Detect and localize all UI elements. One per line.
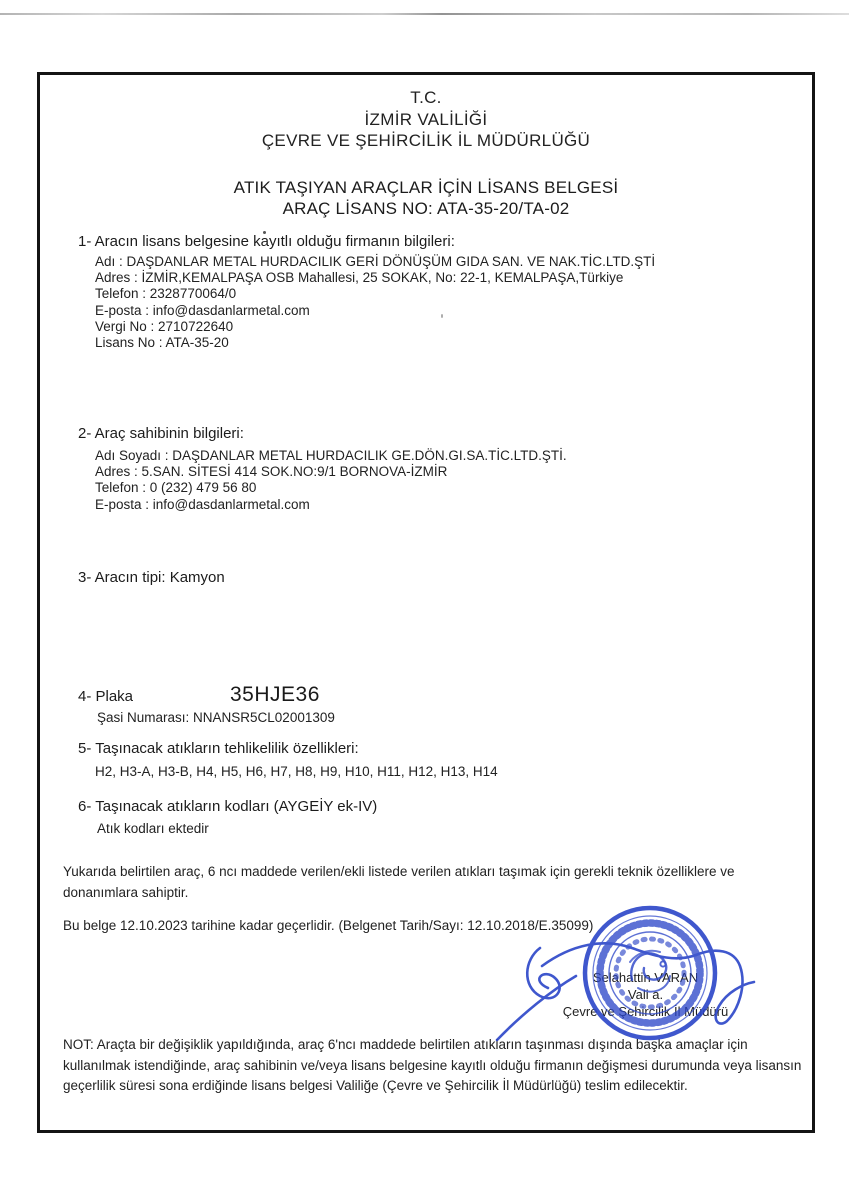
detail-line: E-posta : info@dasdanlarmetal.com xyxy=(95,497,567,513)
detail-line: Adı Soyadı : DAŞDANLAR METAL HURDACILIK … xyxy=(95,448,567,464)
detail-line: Telefon : 0 (232) 479 56 80 xyxy=(95,480,567,496)
waste-codes-note: Atık kodları ektedir xyxy=(97,821,209,836)
official-stamp xyxy=(480,888,780,1056)
section4-heading: 4- Plaka xyxy=(78,688,133,705)
detail-line: Lisans No : ATA-35-20 xyxy=(95,335,655,351)
section2-heading: 2- Araç sahibinin bilgileri: xyxy=(78,425,244,442)
section6-heading: 6- Taşınacak atıkların kodları (AYGEİY e… xyxy=(78,798,377,815)
detail-line: Vergi No : 2710722640 xyxy=(95,319,655,335)
section2-owner-details: Adı Soyadı : DAŞDANLAR METAL HURDACILIK … xyxy=(95,448,567,513)
detail-line: E-posta : info@dasdanlarmetal.com xyxy=(95,303,655,319)
scan-artifact-line xyxy=(0,13,849,15)
letterhead-tc: T.C. xyxy=(37,88,815,108)
scanned-document-page: T.C. İZMİR VALİLİĞİ ÇEVRE VE ŞEHİRCİLİK … xyxy=(0,0,849,1200)
chassis-number: Şasi Numarası: NNANSR5CL02001309 xyxy=(97,710,335,725)
letterhead-province: İZMİR VALİLİĞİ xyxy=(37,110,815,130)
detail-line: Telefon : 2328770064/0 xyxy=(95,286,655,302)
section1-heading: 1- Aracın lisans belgesine kayıtlı olduğ… xyxy=(78,233,455,250)
section1-company-details: Adı : DAŞDANLAR METAL HURDACILIK GERİ DÖ… xyxy=(95,254,655,351)
letterhead-directorate: ÇEVRE VE ŞEHİRCİLİK İL MÜDÜRLÜĞÜ xyxy=(37,131,815,151)
document-title: ATIK TAŞIYAN ARAÇLAR İÇİN LİSANS BELGESİ xyxy=(37,178,815,198)
detail-line: Adres : 5.SAN. SİTESİ 414 SOK.NO:9/1 BOR… xyxy=(95,464,567,480)
section5-heading: 5- Taşınacak atıkların tehlikelilik özel… xyxy=(78,740,359,757)
license-no-line: ARAÇ LİSANS NO: ATA-35-20/TA-02 xyxy=(37,199,815,219)
section3-vehicle-type: 3- Aracın tipi: Kamyon xyxy=(78,569,225,586)
detail-line: Adres : İZMİR,KEMALPAŞA OSB Mahallesi, 2… xyxy=(95,270,655,286)
plate-number: 35HJE36 xyxy=(230,683,320,707)
detail-line: Adı : DAŞDANLAR METAL HURDACILIK GERİ DÖ… xyxy=(95,254,655,270)
hazard-codes: H2, H3-A, H3-B, H4, H5, H6, H7, H8, H9, … xyxy=(95,764,498,779)
stamp-seal-icon xyxy=(585,908,715,1038)
